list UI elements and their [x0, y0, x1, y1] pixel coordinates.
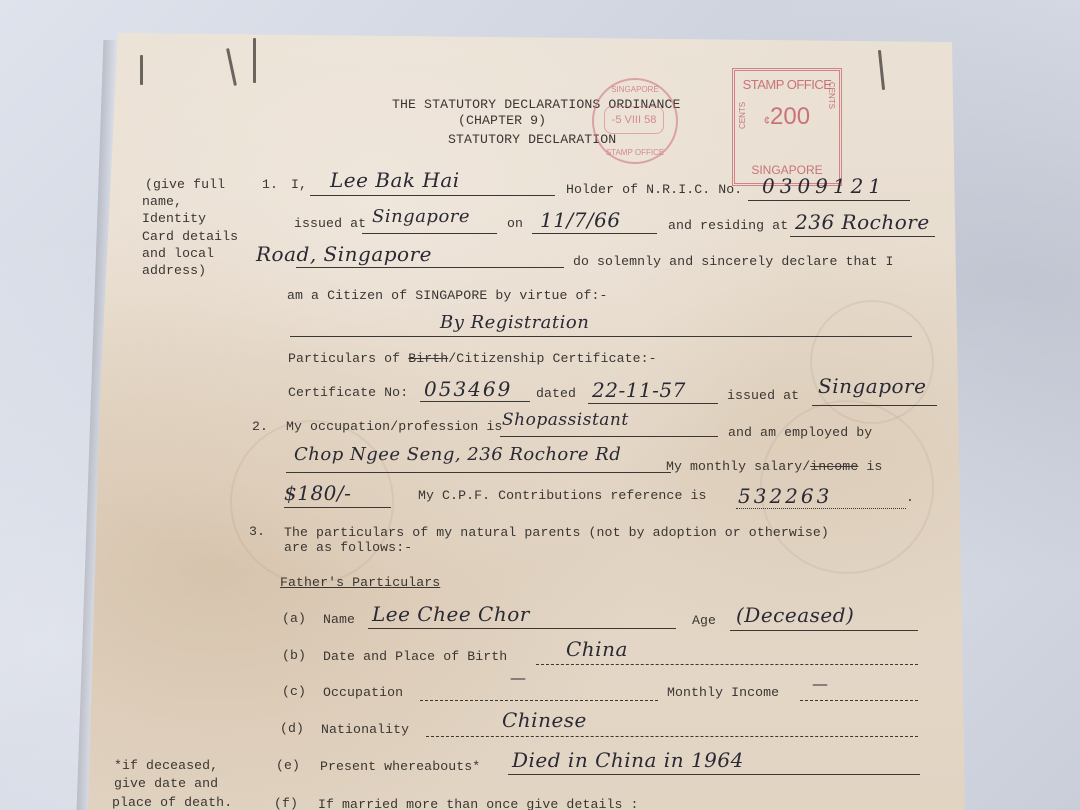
margin-line: place of death. [112, 795, 232, 810]
occupation-value: Shopassistant [502, 410, 629, 430]
certificate-number: 053469 [424, 377, 512, 401]
issued-at-value: Singapore [372, 206, 470, 227]
certificate-date: 22-11-57 [592, 378, 686, 402]
label-cert-issued-at: issued at [727, 388, 799, 403]
cpf-underline [736, 508, 906, 509]
parents-intro-1: The particulars of my natural parents (n… [284, 525, 829, 540]
field-c-income-label: Monthly Income [667, 685, 779, 700]
issued-on-date: 11/7/66 [540, 208, 621, 232]
father-name: Lee Chee Chor [372, 602, 530, 626]
father-birth: China [566, 637, 628, 661]
margin-line: *if deceased, [114, 758, 218, 773]
declaration-title: STATUTORY DECLARATION [448, 132, 616, 147]
citizenship-basis: By Registration [440, 312, 589, 333]
label-issued-at: issued at [294, 216, 366, 231]
margin-line: give date and [114, 776, 218, 791]
postmark-bottom-text: STAMP OFFICE [594, 148, 676, 157]
occupation-underline [500, 436, 718, 437]
label-cpf: My C.P.F. Contributions reference is [418, 488, 707, 503]
field-e-marker: (e) [276, 758, 300, 773]
label-nric: Holder of N.R.I.C. No. [566, 182, 742, 197]
issued-on-underline [532, 233, 657, 234]
postmark-top-text: SINGAPORE [594, 85, 676, 94]
label-residing: and residing at [668, 218, 788, 233]
field-b-label: Date and Place of Birth [323, 649, 507, 664]
issued-at-underline [362, 233, 497, 234]
margin-line: and local [142, 246, 214, 261]
particulars-suffix: /Citizenship Certificate:- [448, 351, 656, 366]
salary-prefix: My monthly salary/ [666, 459, 810, 474]
field-a-age-label: Age [692, 613, 716, 628]
chapter-label: (CHAPTER 9) [458, 113, 546, 128]
field-f-marker: (f) [274, 796, 298, 810]
label-dated: dated [536, 386, 576, 401]
field-a-label: Name [323, 612, 355, 627]
declarant-name: Lee Bak Hai [330, 168, 460, 192]
employer-underline [286, 472, 671, 473]
cert-date-underline [588, 403, 718, 404]
field-b-marker: (b) [282, 648, 306, 663]
address-underline-1 [790, 236, 935, 237]
particulars-prefix: Particulars of [288, 351, 408, 366]
meter-amount: 200 [770, 103, 810, 130]
field-e-label: Present whereabouts* [320, 759, 480, 774]
father-whereabouts: Died in China in 1964 [512, 748, 744, 772]
father-age-underline [730, 630, 918, 631]
label-cert-no: Certificate No: [288, 385, 408, 400]
address-underline-2 [296, 267, 564, 268]
field-f-label: If married more than once give details : [318, 797, 639, 810]
address-line-2: Road, Singapore [256, 242, 432, 266]
postmark-stamp: SINGAPORE -5 VIII 58 STAMP OFFICE [592, 78, 678, 164]
citizen-text: am a Citizen of SINGAPORE by virtue of:- [287, 288, 608, 303]
salary-struck: income [810, 459, 858, 474]
father-name-underline [368, 628, 676, 629]
stamp-office-meter: STAMP OFFICE ¢200 CENTS CENTS SINGAPORE [732, 68, 842, 186]
father-occupation: — [510, 668, 527, 687]
father-heading: Father's Particulars [280, 575, 440, 590]
label-occupation: My occupation/profession is [286, 419, 502, 434]
particulars-struck: Birth [408, 351, 448, 366]
meter-side-left: CENTS [738, 102, 747, 129]
section-1-number: 1. [262, 177, 278, 192]
label-on: on [507, 216, 523, 231]
label-employed: and am employed by [728, 425, 872, 440]
employer-value: Chop Ngee Seng, 236 Rochore Rd [294, 444, 621, 465]
section-2-number: 2. [252, 419, 268, 434]
postmark-date: -5 VIII 58 [604, 106, 664, 134]
salary-value: $180/- [284, 481, 351, 505]
cpf-reference: 532263 [738, 484, 832, 508]
declare-text: do solemnly and sincerely declare that I [573, 254, 894, 269]
virtue-underline [290, 336, 912, 337]
name-underline [310, 195, 555, 196]
cpf-end: . [906, 490, 914, 505]
margin-line: (give full [145, 177, 225, 192]
father-nationality: Chinese [502, 708, 587, 732]
certificate-issued-at: Singapore [818, 374, 926, 398]
staple-mark [226, 48, 237, 86]
staple-mark [878, 50, 885, 90]
address-line-1: 236 Rochore [795, 210, 930, 234]
field-c-label: Occupation [323, 685, 403, 700]
field-a-marker: (a) [282, 611, 306, 626]
staple-mark [253, 38, 256, 83]
father-whereabouts-underline [508, 774, 920, 775]
salary-underline [284, 507, 391, 508]
parents-intro-2: are as follows:- [284, 540, 412, 555]
margin-line: Card details [142, 229, 238, 244]
father-income: — [812, 674, 829, 693]
cert-no-underline [420, 401, 530, 402]
meter-value: ¢200 [735, 103, 839, 131]
field-c-marker: (c) [282, 684, 306, 699]
father-age: (Deceased) [736, 603, 854, 627]
section-3-number: 3. [249, 524, 265, 539]
staple-mark [140, 55, 143, 85]
nric-underline [748, 200, 910, 201]
margin-line: name, [142, 194, 182, 209]
margin-line: Identity [142, 211, 206, 226]
meter-side-right: CENTS [827, 82, 836, 109]
father-birth-underline [536, 664, 918, 665]
label-salary: My monthly salary/income is [666, 459, 882, 474]
label-i: I, [291, 177, 307, 192]
cert-issued-underline [812, 405, 937, 406]
father-income-underline [800, 700, 918, 701]
father-nationality-underline [426, 736, 918, 737]
father-occupation-underline [420, 700, 658, 701]
nric-number: 0309121 [762, 174, 886, 198]
salary-suffix: is [858, 459, 882, 474]
declaration-paper: THE STATUTORY DECLARATIONS ORDINANCE (CH… [0, 0, 1080, 810]
meter-top-text: STAMP OFFICE [735, 77, 839, 92]
margin-line: address) [142, 263, 206, 278]
field-d-label: Nationality [321, 722, 409, 737]
field-d-marker: (d) [280, 721, 304, 736]
particulars-label: Particulars of Birth/Citizenship Certifi… [288, 351, 657, 366]
